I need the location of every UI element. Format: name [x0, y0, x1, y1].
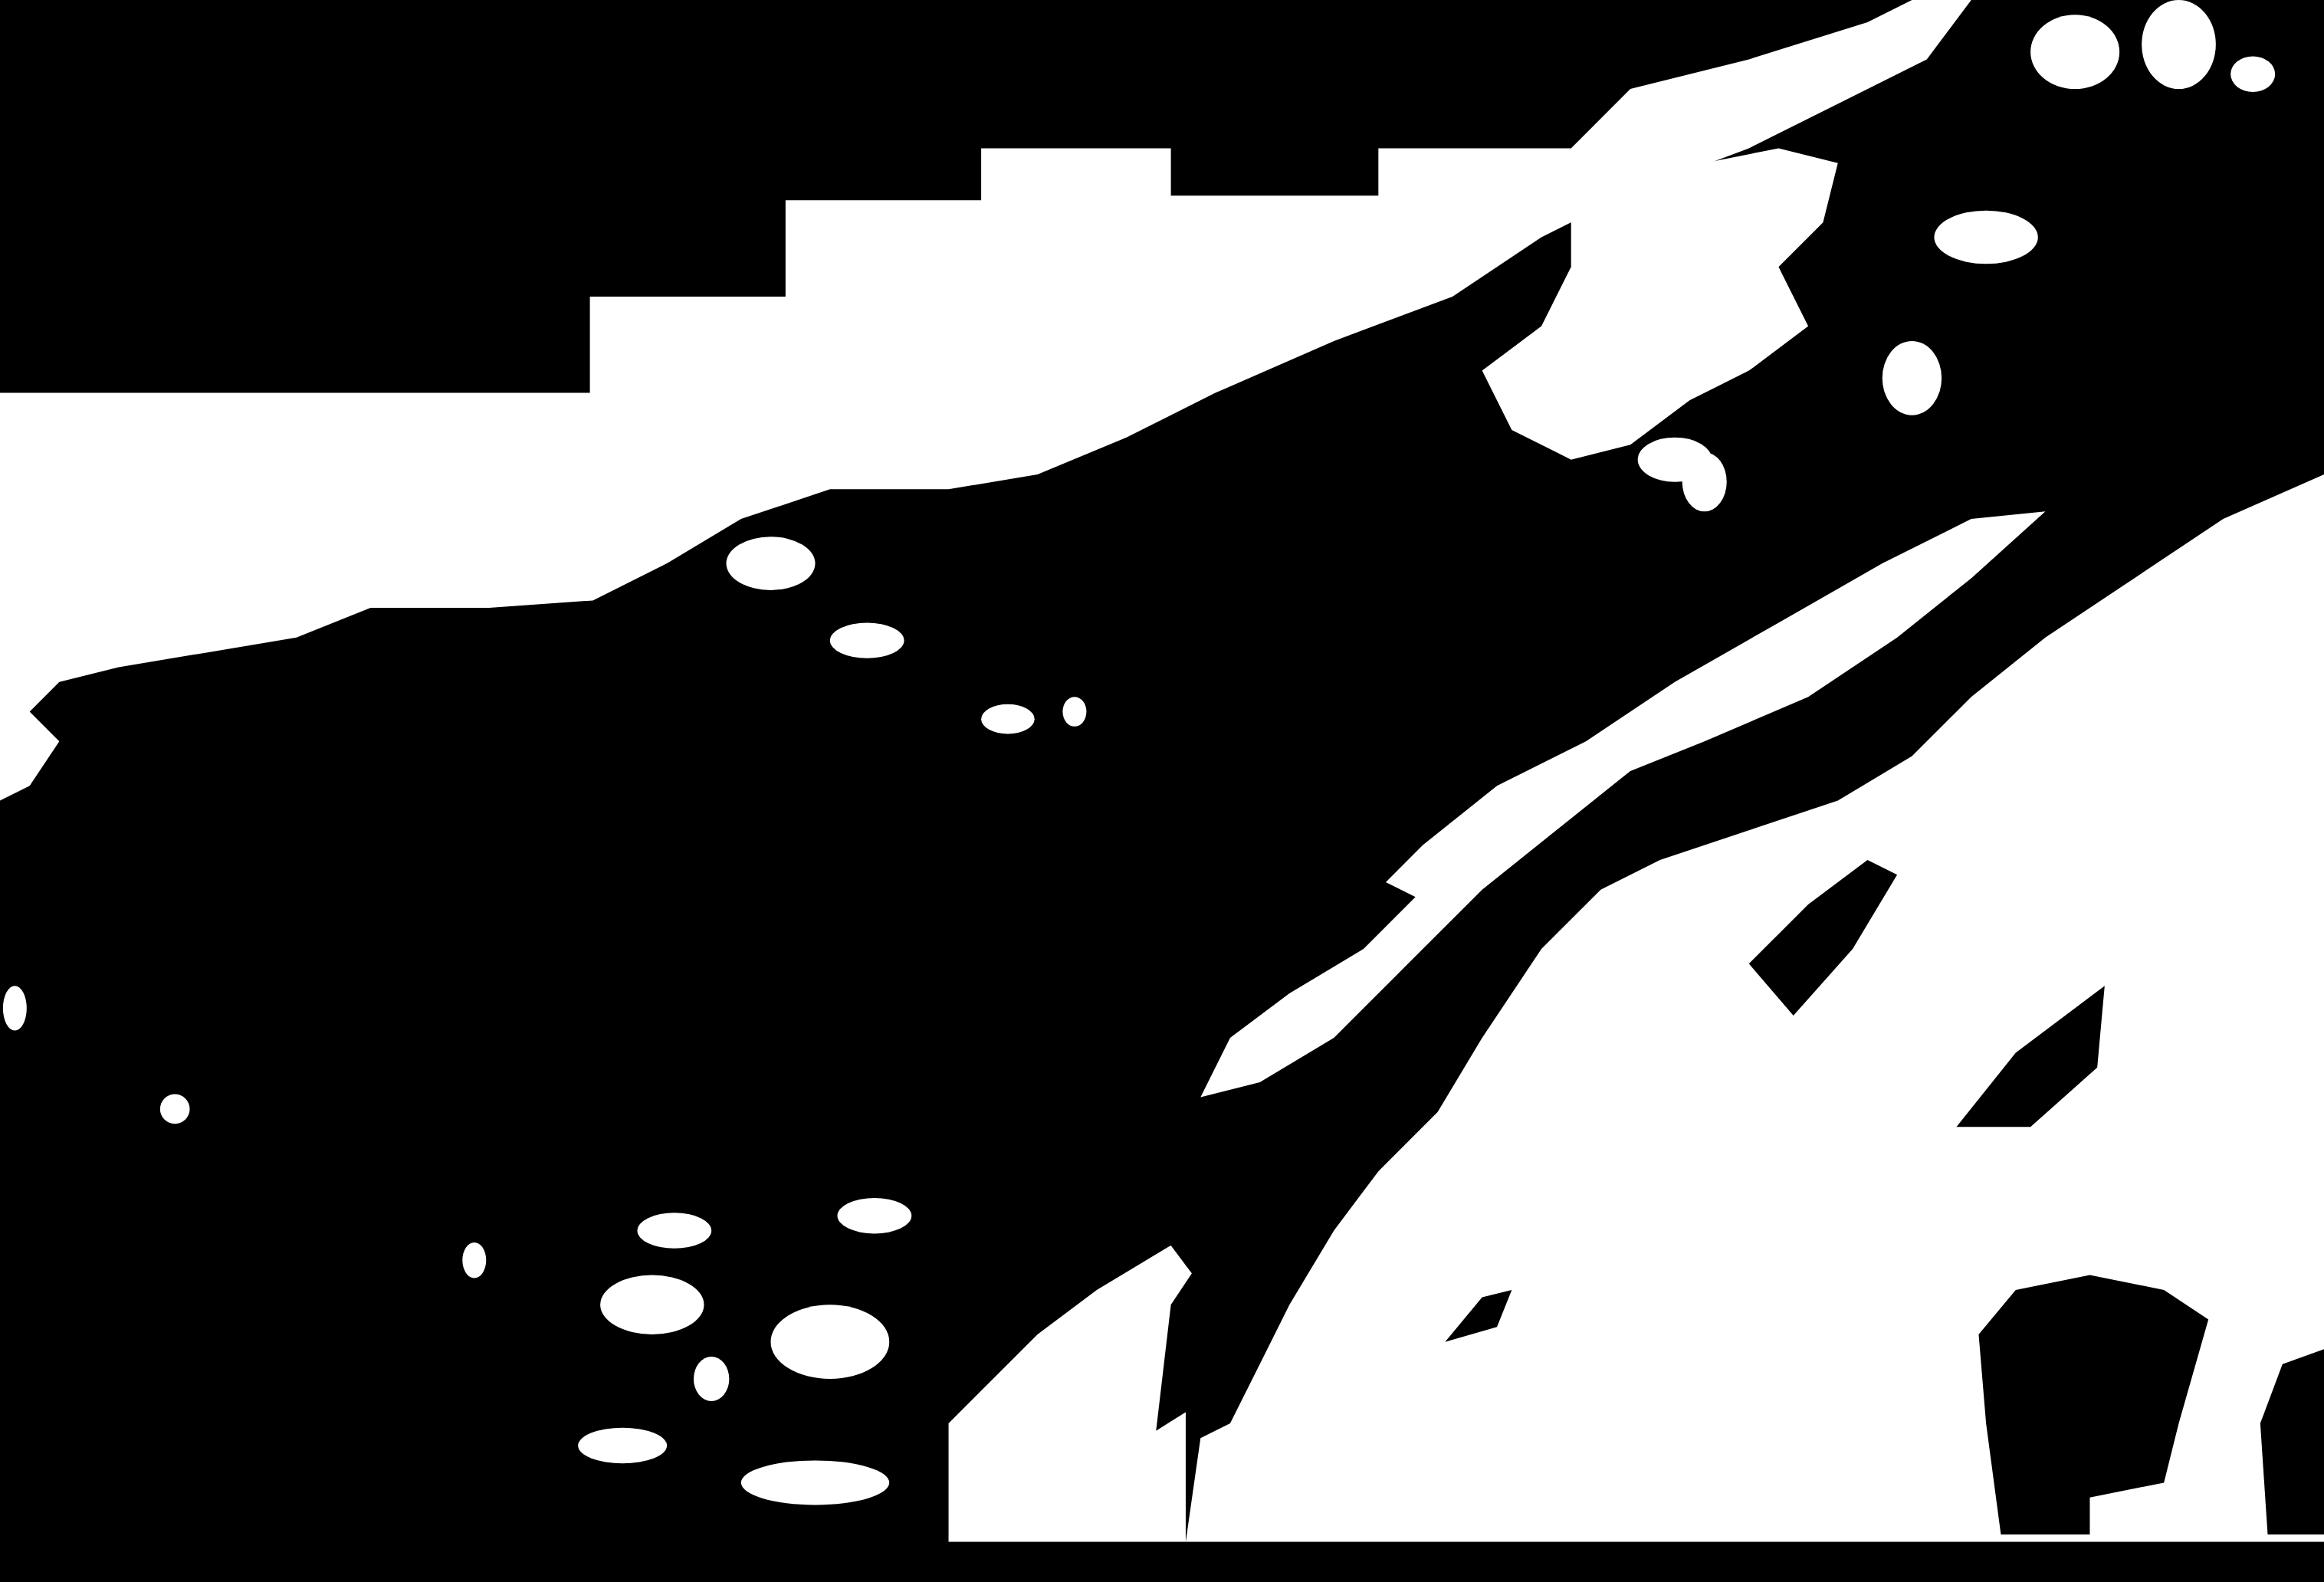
mask-blob	[2142, 0, 2216, 89]
mask-blob	[637, 1213, 711, 1248]
mask-blob	[741, 1460, 889, 1505]
mask-blob	[3, 986, 27, 1030]
mask-blob	[578, 1428, 667, 1463]
mask-blob	[600, 1275, 704, 1334]
bottom-strip	[0, 1542, 2324, 1582]
mask-blob	[694, 1357, 729, 1401]
mask-blob	[1699, 1042, 1740, 1054]
mask-blob	[2230, 57, 2275, 92]
mask-blob	[1062, 697, 1086, 727]
mask-blob	[1883, 341, 1942, 415]
mask-blob	[2030, 15, 2119, 89]
mask-blob	[771, 1305, 890, 1379]
mask-blob	[830, 622, 904, 658]
mask-blob	[160, 1095, 190, 1124]
mask-blob	[462, 1242, 486, 1278]
mask-blob	[981, 704, 1035, 734]
mask-graphic	[0, 0, 2324, 1582]
mask-blob	[1934, 211, 2037, 264]
mask-blob	[727, 537, 816, 590]
mask-blob	[1682, 452, 1727, 511]
mask-canvas: Black-and-white thresholded mask of terr…	[0, 0, 2324, 1582]
mask-blob	[838, 1198, 912, 1233]
